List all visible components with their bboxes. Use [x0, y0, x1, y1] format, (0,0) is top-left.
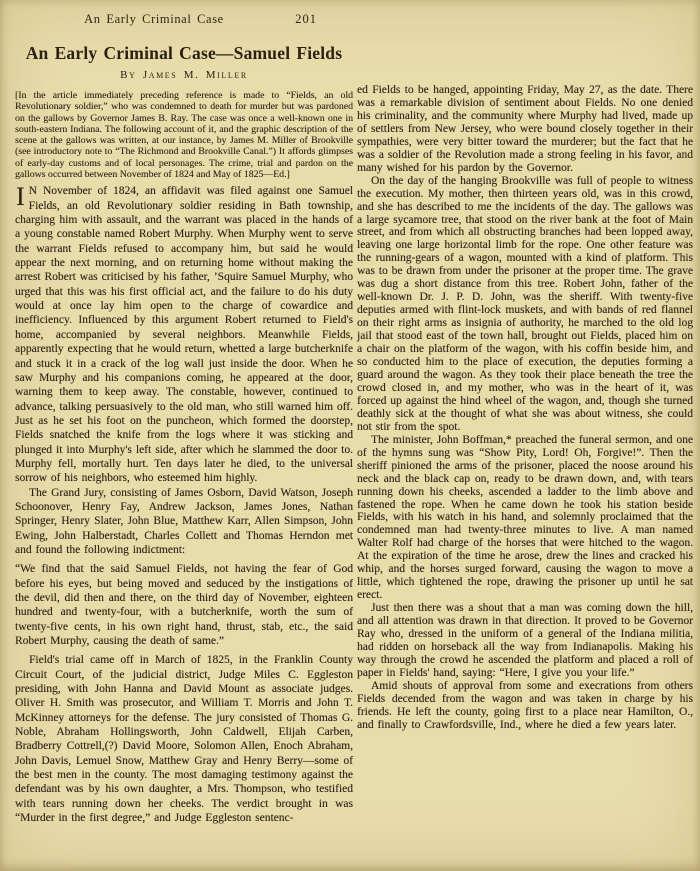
drop-cap-letter: I — [15, 184, 29, 209]
paragraph: IN November of 1824, an affidavit was fi… — [15, 184, 353, 485]
paragraph: The Grand Jury, consisting of James Osbo… — [15, 486, 353, 558]
scanned-book-page: An Early Criminal Case 201 An Early Crim… — [0, 0, 700, 871]
paragraph: Just then there was a shout that a man w… — [357, 602, 693, 680]
right-column-body: ed Fields to be hanged, appointing Frida… — [357, 84, 693, 732]
paragraph: ed Fields to be hanged, appointing Frida… — [357, 84, 693, 175]
paragraph-text: N November of 1824, an affidavit was fil… — [15, 185, 353, 484]
left-column: An Early Criminal Case 201 An Early Crim… — [15, 12, 353, 826]
paragraph: On the day of the hanging Brookville was… — [357, 175, 693, 434]
page-number: 201 — [295, 12, 317, 27]
byline: By James M. Miller — [15, 69, 353, 81]
left-column-body: IN November of 1824, an affidavit was fi… — [15, 184, 353, 825]
paragraph: The minister, John Boffman,* preached th… — [357, 434, 693, 602]
right-column: ed Fields to be hanged, appointing Frida… — [357, 84, 693, 732]
article-title: An Early Criminal Case—Samuel Fields — [15, 43, 353, 64]
editor-note: [In the article immediately preceding re… — [15, 90, 353, 180]
running-head-title: An Early Criminal Case — [15, 12, 293, 27]
paragraph: Amid shouts of approval from some and ex… — [357, 680, 693, 732]
running-head: An Early Criminal Case 201 — [15, 12, 353, 28]
indictment-quote: “We find that the said Samuel Fields, no… — [15, 562, 353, 648]
paragraph: Field's trial came off in March of 1825,… — [15, 653, 353, 825]
